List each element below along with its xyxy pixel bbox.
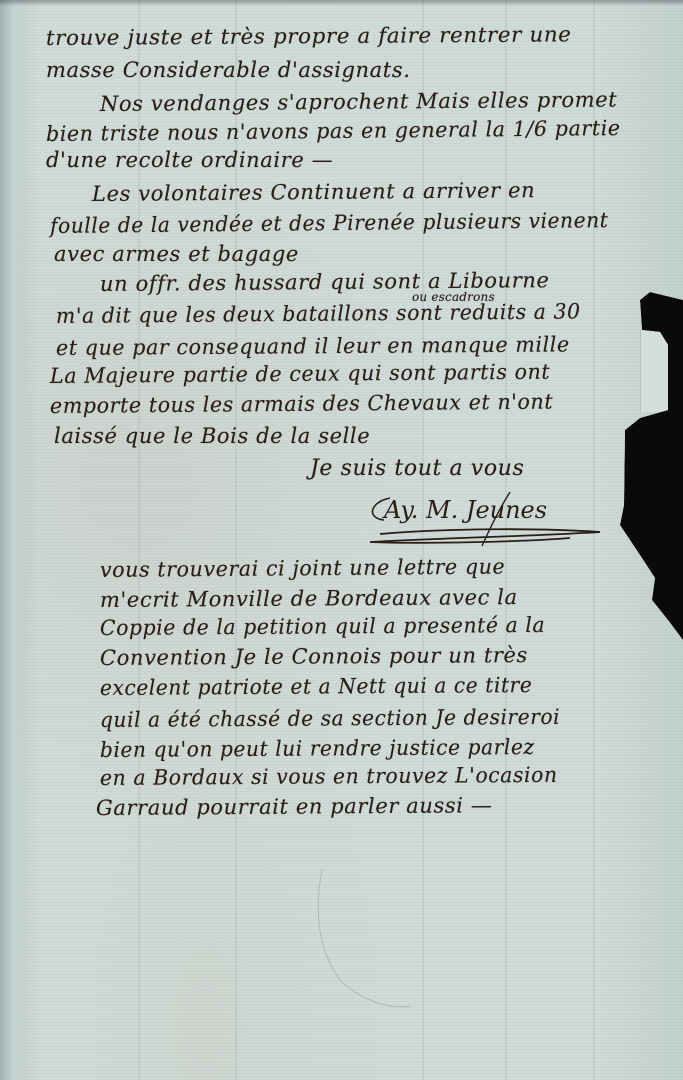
manuscript-page: trouve juste et très propre a faire rent… (0, 0, 683, 1080)
text-line: bien triste nous n'avons pas en general … (46, 116, 621, 146)
text-line: trouve juste et très propre a faire rent… (46, 22, 572, 50)
text-line: en a Bordaux si vous en trouvez L'ocasio… (100, 763, 558, 790)
text-line: Les volontaires Continuent a arriver en (92, 178, 535, 206)
text-line: Nos vendanges s'aprochent Mais elles pro… (100, 87, 617, 116)
text-line: Coppie de la petition quil a presenté a … (100, 613, 545, 640)
text-line: m'a dit que les deux bataillons sont red… (56, 299, 581, 328)
text-line: d'une recolte ordinaire — (46, 148, 333, 172)
paper-crease-mark (300, 870, 500, 1030)
text-line: Garraud pourrait en parler aussi — (96, 793, 493, 820)
closing-line: Je suis tout a vous (310, 456, 524, 481)
text-line: vous trouverai ci joint une lettre que (100, 554, 505, 582)
signature-flourish-icon (360, 488, 620, 548)
text-line: Convention Je le Connois pour un très (100, 643, 528, 670)
text-line: excelent patriote et a Nett qui a ce tit… (100, 673, 533, 700)
text-line: emporte tous les armais des Chevaux et n… (50, 390, 553, 418)
text-line: foulle de la vendée et des Pirenée plusi… (50, 208, 609, 238)
text-line: m'ecrit Monville de Bordeaux avec la (100, 585, 518, 612)
text-line: masse Considerable d'assignats. (46, 58, 411, 82)
text-line: laissé que le Bois de la selle (54, 424, 370, 448)
text-line: et que par consequand il leur en manque … (56, 332, 570, 360)
text-line: bien qu'on peut lui rendre justice parle… (100, 735, 535, 762)
text-line: La Majeure partie de ceux qui sont parti… (50, 360, 550, 388)
text-line: quil a été chassé de sa section Je desir… (100, 705, 560, 732)
text-line: avec armes et bagage (54, 242, 299, 266)
